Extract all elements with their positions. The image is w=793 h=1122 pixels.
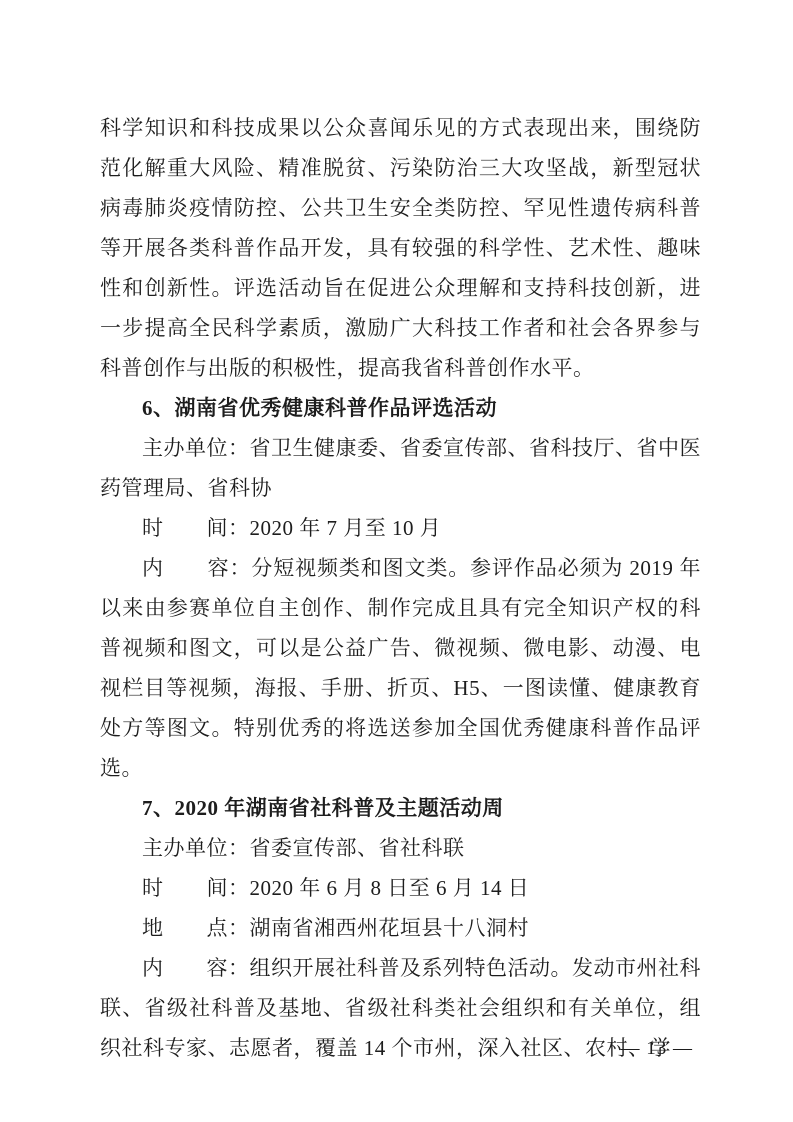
paragraph: 科学知识和科技成果以公众喜闻乐见的方式表现出来，围绕防范化解重大风险、精准脱贫、…: [100, 108, 701, 388]
paragraph: 主办单位：省委宣传部、省社科联: [100, 828, 701, 868]
paragraph: 主办单位：省卫生健康委、省委宣传部、省科技厅、省中医药管理局、省科协: [100, 428, 701, 508]
paragraph: 内 容：分短视频类和图文类。参评作品必须为 2019 年以来由参赛单位自主创作、…: [100, 548, 701, 788]
document-page: 科学知识和科技成果以公众喜闻乐见的方式表现出来，围绕防范化解重大风险、精准脱贫、…: [0, 0, 793, 1122]
page-number: — 13 —: [621, 1038, 694, 1060]
paragraph: 时 间：2020 年 6 月 8 日至 6 月 14 日: [100, 868, 701, 908]
section-heading: 7、2020 年湖南省社科普及主题活动周: [100, 788, 701, 828]
section-heading: 6、湖南省优秀健康科普作品评选活动: [100, 388, 701, 428]
paragraph: 内 容：组织开展社科普及系列特色活动。发动市州社科联、省级社科普及基地、省级社科…: [100, 948, 701, 1068]
page-content: 科学知识和科技成果以公众喜闻乐见的方式表现出来，围绕防范化解重大风险、精准脱贫、…: [100, 108, 701, 1068]
paragraph: 时 间：2020 年 7 月至 10 月: [100, 508, 701, 548]
paragraph: 地 点：湖南省湘西州花垣县十八洞村: [100, 908, 701, 948]
